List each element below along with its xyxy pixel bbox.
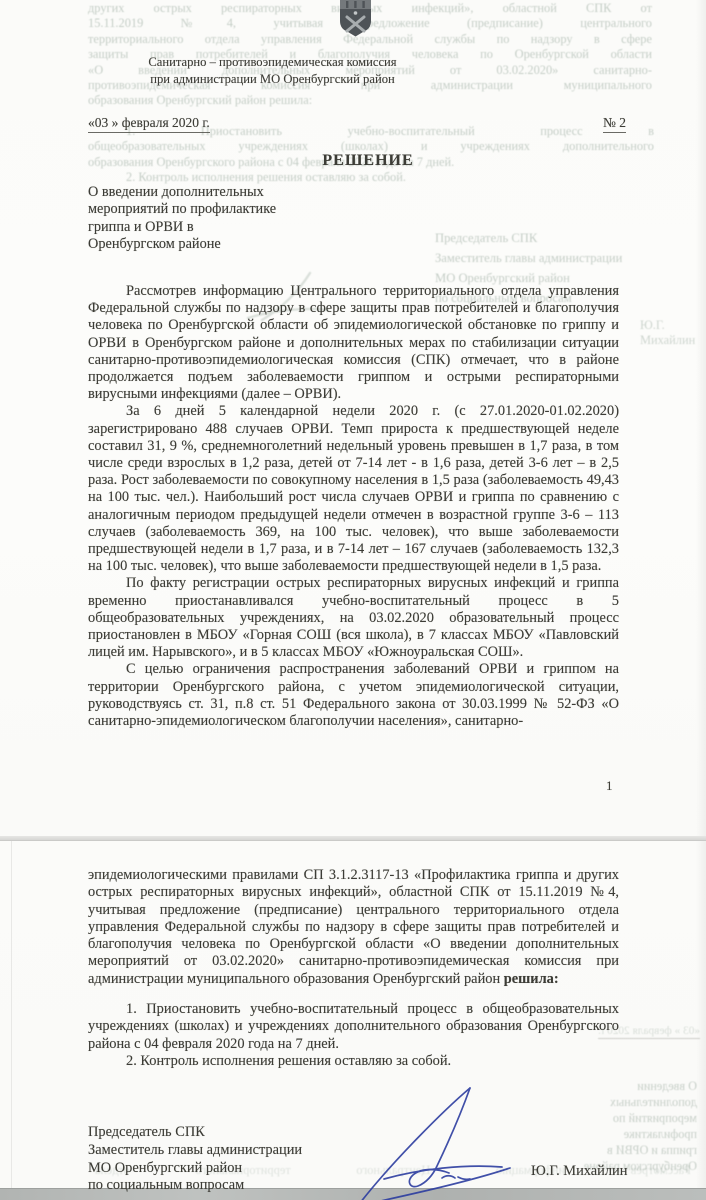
coat-of-arms-icon (339, 0, 372, 37)
doc-title: РЕШЕНИЕ (85, 152, 651, 170)
body-paragraph: С целью ограничения распространения забо… (88, 661, 619, 730)
signature-title-line: Председатель СПК (88, 1124, 302, 1142)
subject-line: О введении дополнительных (88, 184, 388, 201)
signature-title-line: МО Оренбургский район (88, 1160, 302, 1178)
scanned-document: других острых респираторных вирусных инф… (0, 0, 706, 1200)
signature-title-line: по социальным вопросам (88, 1177, 302, 1195)
subject-line: гриппа и ОРВИ в (88, 219, 388, 236)
paragraph-text: эпидемиологическими правилами СП 3.1.2.3… (88, 867, 619, 987)
handwritten-signature (350, 1082, 530, 1200)
org-header: Санитарно – противоэпидемическая комисси… (85, 54, 460, 88)
page-2-body: эпидемиологическими правилами СП 3.1.2.3… (88, 867, 619, 1070)
body-paragraph: По факту регистрации острых респираторны… (88, 575, 619, 661)
date-number-row: «03 » февраля 2020 г. № 2 (88, 115, 626, 133)
scan-edge-left (11, 841, 12, 1188)
subject-block: О введении дополнительных мероприятий по… (88, 184, 388, 254)
scan-edge-right-top (696, 0, 706, 836)
subject-line: мероприятий по профилактике (88, 201, 388, 218)
resolution-item: 1. Приостановить учебно-воспитательный п… (88, 1001, 619, 1053)
doc-date: «03 » февраля 2020 г. (88, 115, 210, 133)
signature-title-block: Председатель СПК Заместитель главы админ… (88, 1124, 302, 1195)
resolution-item: 2. Контроль исполнения решения оставляю … (88, 1053, 619, 1070)
doc-number: № 2 (603, 115, 626, 133)
scan-edge-right-bottom (696, 841, 706, 1188)
body-paragraph: Рассмотрев информацию Центрального терри… (88, 283, 619, 403)
body-paragraph: эпидемиологическими правилами СП 3.1.2.3… (88, 867, 619, 988)
signature-title-line: Заместитель главы администрации (88, 1142, 302, 1160)
subject-line: Оренбургском районе (88, 236, 388, 253)
bleed-through-text: Ю.Г. Михайлин (640, 318, 706, 349)
resolved-word: решила: (504, 971, 559, 987)
page-separator (0, 836, 706, 841)
body-paragraph: За 6 дней 5 календарной недели 2020 г. (… (88, 403, 619, 575)
page-number: 1 (606, 778, 613, 794)
bleed-through-text: О введении дополнительных мероприятий по… (565, 1078, 697, 1174)
org-name-line1: Санитарно – противоэпидемическая комисси… (85, 54, 460, 71)
page-1-body: Рассмотрев информацию Центрального терри… (88, 283, 619, 730)
signer-name: Ю.Г. Михайлин (531, 1163, 627, 1180)
org-name-line2: при администрации МО Оренбургский район (85, 71, 460, 88)
